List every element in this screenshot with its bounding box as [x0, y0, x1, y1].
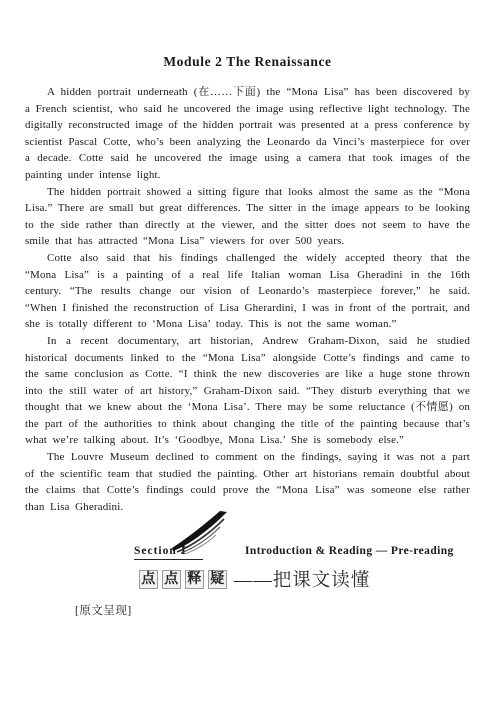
section-subtitle: Introduction & Reading — Pre-reading: [245, 545, 454, 557]
paragraph-5: The Louvre Museum declined to comment on…: [25, 449, 470, 515]
headline: 点 点 释 疑 ——把课文读懂: [25, 566, 470, 592]
article-body: A hidden portrait underneath (在……下面) the…: [25, 84, 470, 515]
paragraph-2: The hidden portrait showed a sitting fig…: [25, 184, 470, 250]
section-label: Section Ⅰ: [134, 543, 203, 560]
headline-boxed-char: 释: [185, 570, 204, 589]
section-header: Section Ⅰ Introduction & Reading — Pre-r…: [25, 541, 470, 559]
headline-boxed-char: 疑: [208, 570, 227, 589]
headline-suffix: ——把课文读懂: [234, 566, 371, 592]
original-text-label: [原文呈现]: [25, 602, 470, 618]
headline-boxed-char: 点: [139, 570, 158, 589]
document-page: Module 2 The Renaissance A hidden portra…: [0, 0, 496, 702]
page-title: Module 2 The Renaissance: [25, 54, 470, 70]
paragraph-4: In a recent documentary, art historian, …: [25, 333, 470, 449]
paragraph-1: A hidden portrait underneath (在……下面) the…: [25, 84, 470, 184]
paragraph-3: Cotte also said that his findings challe…: [25, 250, 470, 333]
headline-boxed-char: 点: [162, 570, 181, 589]
